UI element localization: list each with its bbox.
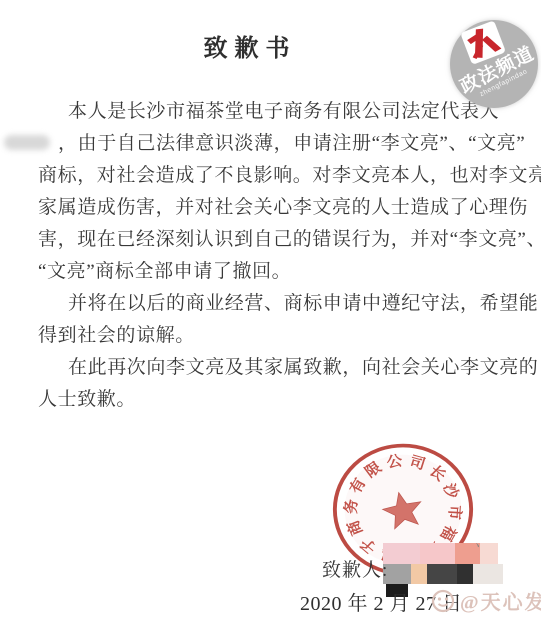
body-line-10: 人士致歉。 xyxy=(38,384,541,416)
body-line-text: 在此再次向李文亮及其家属致歉，向社会关心李文亮的 xyxy=(68,357,538,378)
body-line-text: 家属造成伤害，并对社会关心李文亮的人士造成了心理伤 xyxy=(38,197,528,218)
document-page: 致歉书 本人是长沙市福茶堂电子商务有限公司法定代表人，由于自己法律意识淡薄，申请… xyxy=(0,0,541,626)
body-line-9: 在此再次向李文亮及其家属致歉，向社会关心李文亮的 xyxy=(38,352,541,384)
mosaic-block-7 xyxy=(427,564,457,584)
mosaic-block-9 xyxy=(473,564,503,584)
redacted-name xyxy=(4,135,50,150)
svg-text:务: 务 xyxy=(341,499,360,515)
body-line-text: 人士致歉。 xyxy=(38,389,136,410)
body-line-6: “文亮”商标全部申请了撤回。 xyxy=(38,256,541,288)
signer-label: 致歉人: xyxy=(322,555,388,582)
mosaic-block-2 xyxy=(420,543,455,564)
mosaic-block-1 xyxy=(383,543,420,564)
mosaic-block-8 xyxy=(457,564,473,584)
mosaic-block-6 xyxy=(411,564,427,584)
body-line-8: 得到社会的谅解。 xyxy=(38,320,541,352)
body-line-text: 并将在以后的商业经营、商标申请中遵纪守法，希望能 xyxy=(68,293,538,314)
body-line-7: 并将在以后的商业经营、商标申请中遵纪守法，希望能 xyxy=(38,288,541,320)
body-line-2: ，由于自己法律意识淡薄，申请注册“李文亮”、“文亮” xyxy=(38,128,541,160)
document-body: 本人是长沙市福茶堂电子商务有限公司法定代表人，由于自己法律意识淡薄，申请注册“李… xyxy=(38,96,541,416)
body-line-3: 商标，对社会造成了不良影响。对李文亮本人，也对李文亮 xyxy=(38,160,541,192)
weibo-smiley-icon xyxy=(430,588,456,614)
body-line-text: “文亮”商标全部申请了撤回。 xyxy=(38,261,291,282)
body-line-text: 商标，对社会造成了不良影响。对李文亮本人，也对李文亮 xyxy=(38,165,541,186)
body-line-text: ，由于自己法律意识淡薄，申请注册“李文亮”、“文亮” xyxy=(58,133,525,154)
weibo-watermark-text: @天心发布 xyxy=(460,586,541,615)
body-line-text: 本人是长沙市福茶堂电子商务有限公司法定代表人 xyxy=(68,101,499,122)
document-title: 致歉书 xyxy=(0,28,500,63)
svg-text:市: 市 xyxy=(445,505,464,521)
body-line-text: 害，现在已经深刻认识到自己的错误行为，并对“李文亮”、 xyxy=(38,229,541,250)
channel-logo-watermark: 政法频道 zhengfapindao xyxy=(450,20,538,108)
weibo-watermark: @天心发布 xyxy=(430,586,541,615)
body-line-5: 害，现在已经深刻认识到自己的错误行为，并对“李文亮”、 xyxy=(38,224,541,256)
body-line-4: 家属造成伤害，并对社会关心李文亮的人士造成了心理伤 xyxy=(38,192,541,224)
body-line-text: 得到社会的谅解。 xyxy=(38,325,195,346)
